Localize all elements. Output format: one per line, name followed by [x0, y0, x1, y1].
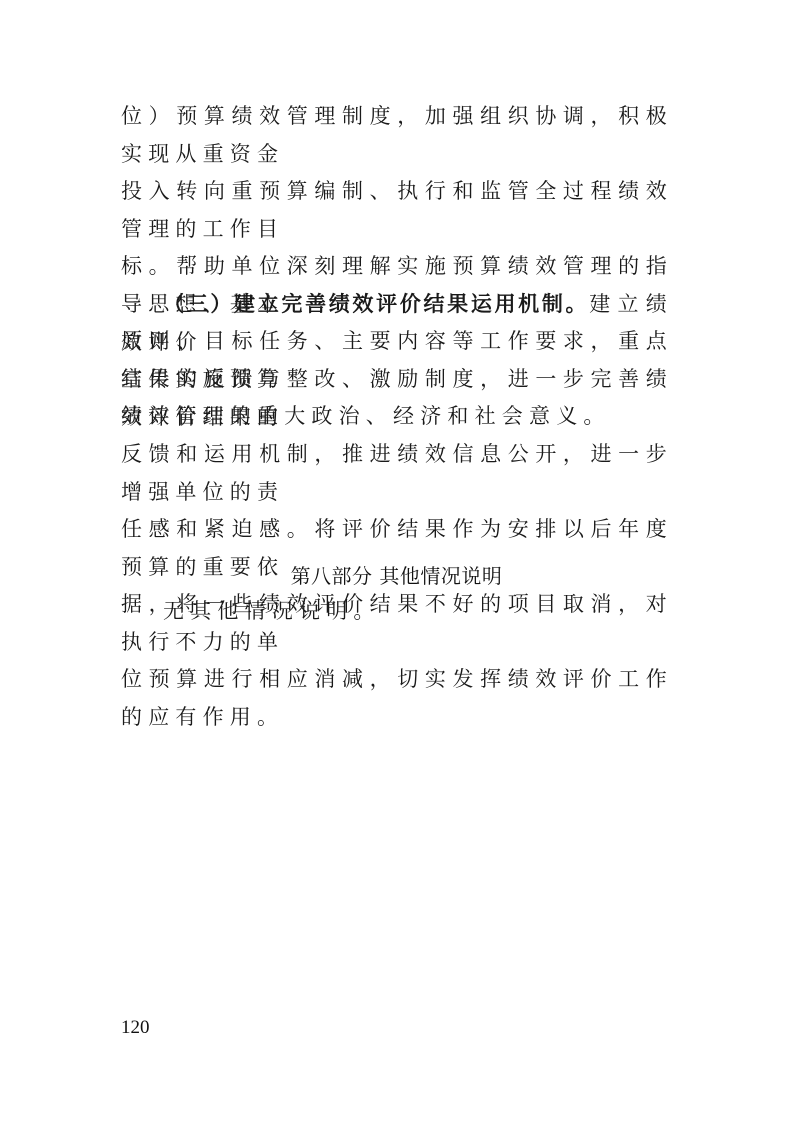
- paragraph-first-line: （三）建立完善绩效评价结果运用机制。建立绩效评价: [121, 286, 673, 361]
- subsection-heading: （三）建立完善绩效评价结果运用机制。: [163, 292, 589, 316]
- page-number: 120: [121, 1017, 150, 1039]
- section-heading: 第八部分 其他情况说明: [0, 560, 793, 589]
- document-page: 位）预算绩效管理制度，加强组织协调，积极实现从重资金 投入转向重预算编制、执行和…: [0, 0, 793, 1122]
- section-body: 无其他情况说明。: [163, 593, 381, 631]
- paragraph-line: 位预算进行相应消减，切实发挥绩效评价工作的应有作用。: [121, 661, 673, 736]
- paragraph-line: 位）预算绩效管理制度，加强组织协调，积极实现从重资金: [121, 98, 673, 173]
- paragraph-line: 结果的反馈与整改、激励制度，进一步完善绩效评价结果的: [121, 361, 673, 436]
- paragraph-line: 反馈和运用机制，推进绩效信息公开，进一步增强单位的责: [121, 436, 673, 511]
- paragraph-line: 投入转向重预算编制、执行和监管全过程绩效管理的工作目: [121, 173, 673, 248]
- paragraph-evaluation-results-mechanism: （三）建立完善绩效评价结果运用机制。建立绩效评价 结果的反馈与整改、激励制度，进…: [121, 286, 673, 736]
